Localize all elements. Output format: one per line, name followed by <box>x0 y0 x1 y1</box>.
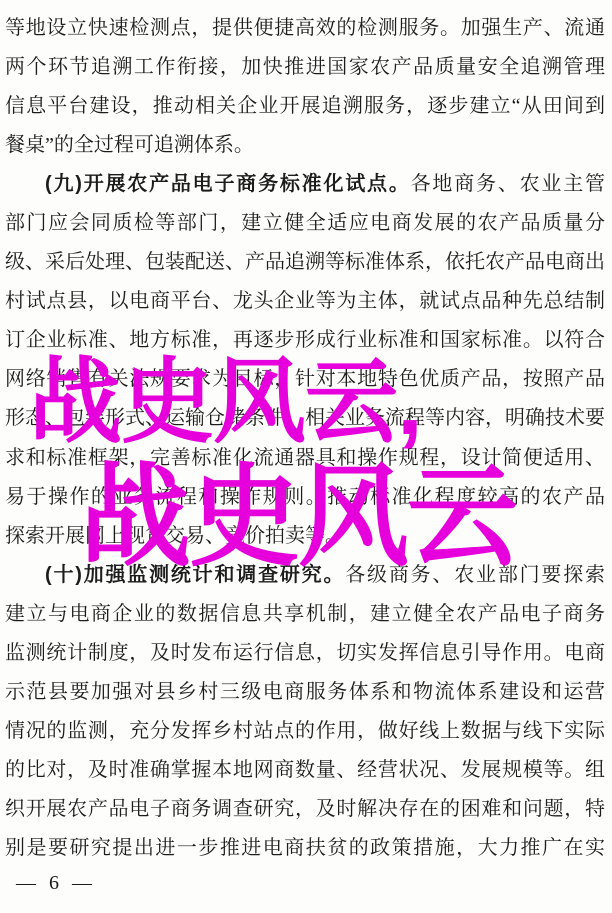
text-line: 求和标准框架，完善标准化流通器具和操作规程，设计简便适用、 <box>5 439 605 478</box>
text-segment: 织开展农产品电子商务调查研究，及时解决存在的困难和问题，特 <box>5 798 605 820</box>
text-segment: 易于操作的业务流程和操作规则。推动标准化程度较高的农产品 <box>5 486 605 508</box>
text-segment: 餐桌”的全过程可追溯体系。 <box>5 134 254 156</box>
text-segment: 示范县要加强对县乡村三级电商服务体系和物流体系建设和运营 <box>5 681 605 703</box>
text-line: (九)开展农产品电子商务标准化试点。各地商务、农业主管 <box>5 165 605 204</box>
text-line: 情况的监测，充分发挥乡村站点的作用，做好线上数据与线下实际 <box>5 712 605 751</box>
text-segment: 网络销售有关法规要求为目标，针对本地特色优质产品，按照产品 <box>5 368 605 390</box>
text-segment: 各级商务、农业部门要探索 <box>345 564 605 586</box>
text-line: 信息平台建设，推动相关企业开展追溯服务，逐步建立“从田间到 <box>5 87 605 126</box>
text-line: 餐桌”的全过程可追溯体系。 <box>5 126 605 165</box>
text-segment: 情况的监测，充分发挥乡村站点的作用，做好线上数据与线下实际 <box>5 720 605 742</box>
text-line: 织开展农产品电子商务调查研究，及时解决存在的困难和问题，特 <box>5 790 605 829</box>
text-segment: 订企业标准、地方标准，再逐步形成行业标准和国家标准。以符合 <box>5 329 605 351</box>
text-segment: 监测统计制度，及时发布运行信息，切实发挥信息引导作用。电商 <box>5 642 605 664</box>
text-line: 探索开展网上现货交易、竞价拍卖等。 <box>5 517 605 556</box>
text-line: 网络销售有关法规要求为目标，针对本地特色优质产品，按照产品 <box>5 360 605 399</box>
text-line: 示范县要加强对县乡村三级电商服务体系和物流体系建设和运营 <box>5 673 605 712</box>
text-line: 易于操作的业务流程和操作规则。推动标准化程度较高的农产品 <box>5 478 605 517</box>
text-segment: 各地商务、农业主管 <box>411 173 605 195</box>
page-number: — 6 — <box>16 872 96 895</box>
text-segment: 建立与电商企业的数据信息共享机制，建立健全农产品电子商务 <box>5 603 605 625</box>
text-segment: 探索开展网上现货交易、竞价拍卖等。 <box>5 525 345 547</box>
section-heading-segment: (九)开展农产品电子商务标准化试点。 <box>45 173 411 195</box>
text-line: 两个环节追溯工作衔接，加快推进国家农产品质量安全追溯管理 <box>5 48 605 87</box>
text-segment: 等地设立快速检测点，提供便捷高效的检测服务。加强生产、流通 <box>5 17 605 39</box>
text-line: 建立与电商企业的数据信息共享机制，建立健全农产品电子商务 <box>5 595 605 634</box>
text-segment: 部门应会同质检等部门，建立健全适应电商发展的农产品质量分 <box>5 212 605 234</box>
text-segment: 级、采后处理、包装配送、产品追溯等标准体系，依托农产品电商出 <box>5 251 605 273</box>
text-line: 形态、包装形式、运输仓储条件、相关业务流程等内容，明确技术要 <box>5 399 605 438</box>
text-line: 订企业标准、地方标准，再逐步形成行业标准和国家标准。以符合 <box>5 321 605 360</box>
text-line: 部门应会同质检等部门，建立健全适应电商发展的农产品质量分 <box>5 204 605 243</box>
text-segment: 信息平台建设，推动相关企业开展追溯服务，逐步建立“从田间到 <box>5 95 605 117</box>
text-line: 等地设立快速检测点，提供便捷高效的检测服务。加强生产、流通 <box>5 9 605 48</box>
section-heading-segment: (十)加强监测统计和调查研究。 <box>45 564 345 586</box>
text-segment: 的比对，及时准确掌握本地网商数量、经营状况、发展规模等。组 <box>5 759 605 781</box>
text-segment: 求和标准框架，完善标准化流通器具和操作规程，设计简便适用、 <box>5 447 605 469</box>
document-text: 等地设立快速检测点，提供便捷高效的检测服务。加强生产、流通两个环节追溯工作衔接，… <box>5 9 605 868</box>
text-line: 级、采后处理、包装配送、产品追溯等标准体系，依托农产品电商出 <box>5 243 605 282</box>
text-segment: 别是要研究提出进一步推进电商扶贫的政策措施，大力推广在实 <box>5 837 605 859</box>
text-line: 监测统计制度，及时发布运行信息，切实发挥信息引导作用。电商 <box>5 634 605 673</box>
text-line: 别是要研究提出进一步推进电商扶贫的政策措施，大力推广在实 <box>5 829 605 868</box>
document-page: 等地设立快速检测点，提供便捷高效的检测服务。加强生产、流通两个环节追溯工作衔接，… <box>0 0 612 913</box>
text-segment: 两个环节追溯工作衔接，加快推进国家农产品质量安全追溯管理 <box>5 56 605 78</box>
text-segment: 村试点县，以电商平台、龙头企业等为主体，就试点品种先总结制 <box>5 290 605 312</box>
text-line: (十)加强监测统计和调查研究。各级商务、农业部门要探索 <box>5 556 605 595</box>
text-line: 的比对，及时准确掌握本地网商数量、经营状况、发展规模等。组 <box>5 751 605 790</box>
text-line: 村试点县，以电商平台、龙头企业等为主体，就试点品种先总结制 <box>5 282 605 321</box>
text-segment: 形态、包装形式、运输仓储条件、相关业务流程等内容，明确技术要 <box>5 407 605 429</box>
